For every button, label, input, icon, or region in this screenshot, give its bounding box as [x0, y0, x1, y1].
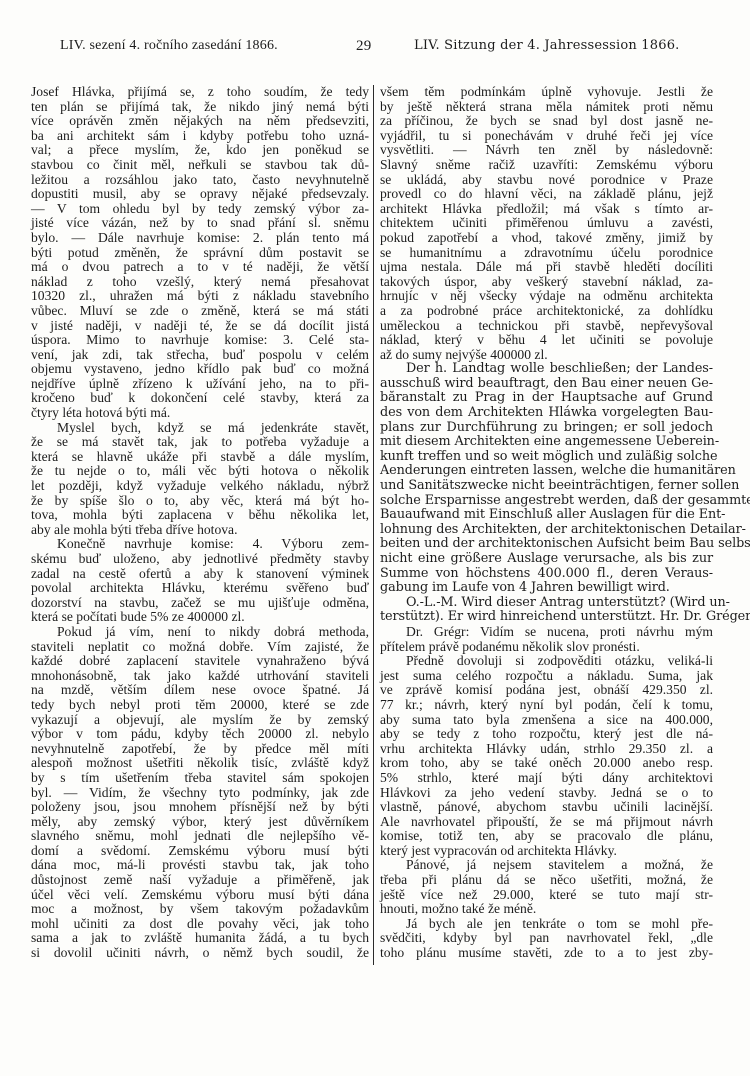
text-line: na mzdě, větším dílem nese ovoce špatné.… — [31, 683, 369, 698]
text-line: která se hlavně ukáže při stavbě a dále … — [31, 450, 369, 465]
left-column-czech: Josef Hlávka, přijímá se, z toho soudím,… — [31, 85, 369, 961]
text-line: des von dem Architekten Hláwka vorgelegt… — [380, 406, 713, 421]
text-line: nicht eine größere Auslage verursache, a… — [380, 552, 713, 567]
text-line: architekt Hlávka předložil; má však s tí… — [380, 202, 713, 217]
text-line: Summe von höchstens 400.000 fl., deren V… — [380, 567, 713, 582]
text-line: mohl učiniti za dost dle povahy věci, ja… — [31, 917, 369, 932]
text-line: ve zprávě komisí podána jest, obnáší 429… — [380, 683, 713, 698]
text-line: komise, totiž ten, aby se pracovalo dle … — [380, 829, 713, 844]
text-line: měly, aby zemský výbor, který jest důvěr… — [31, 815, 369, 830]
text-line: účel věci velí. Zemskému výboru musí být… — [31, 888, 369, 903]
text-line: bylo. — Dále navrhuje komise: 2. plán te… — [31, 231, 369, 246]
text-line: svědčiti, kdyby byl pan navrhovatel řekl… — [380, 931, 713, 946]
text-line: úspora. Mimo to navrhuje komise: 3. Celé… — [31, 333, 369, 348]
text-line: vysvětliti. — Návrh ten zněl by následov… — [380, 143, 713, 158]
text-line: Slavný sněme račiž uzavříti: Zemskému vý… — [380, 158, 713, 173]
text-line: jest suma celého rozpočtu a nákladu. Sum… — [380, 669, 713, 684]
text-line: dopustiti musil, aby se opravy nějaké př… — [31, 187, 369, 202]
text-line: sama a jak to zvláště humanita žádá, a t… — [31, 931, 369, 946]
text-line: ještě více než 29.000, které se tuto maj… — [380, 888, 713, 903]
text-line: băranstalt zu Prag in der Hauptsache auf… — [380, 391, 713, 406]
page-header: LIV. sezení 4. ročního zasedání 1866. 29… — [0, 38, 750, 62]
text-line: kročeno buď k dokončení celé stavby, kte… — [31, 391, 369, 406]
text-line: Pokud já vím, není to nikdy dobrá method… — [31, 625, 369, 640]
text-line: stavbou co činit měl, neřkuli se stavbou… — [31, 158, 369, 173]
text-line: Bauaufwand mit Einschluß aller Auslagen … — [380, 508, 713, 523]
text-line: O.-L.-M. Wird dieser Antrag unterstützt?… — [380, 596, 713, 611]
text-line: Myslel bych, když se má jedenkráte stavě… — [31, 421, 369, 436]
text-line: ba ani architekt sám i kdyby potřebu toh… — [31, 129, 369, 144]
text-line: skému buď uloženo, aby jednotlivé předmě… — [31, 552, 369, 567]
text-line: Předně dovoluji si zodpověditi otázku, v… — [380, 654, 713, 669]
text-line: zadal na cestě ofertů a aby k stanovení … — [31, 567, 369, 582]
text-line: každé dobré zaplacení stavitele vynahraž… — [31, 654, 369, 669]
text-line: 10320 zl., uhražen má býti z nákladu sta… — [31, 289, 369, 304]
text-line: mit diesem Architekten eine angemessene … — [380, 435, 713, 450]
text-line: že by spíše šlo o to, aby věc, která má … — [31, 494, 369, 509]
text-line: že se má stavět tak, jak to potřeba vyža… — [31, 435, 369, 450]
text-line: alespoň možnost ušetřiti několik tisíc, … — [31, 756, 369, 771]
text-line: aby suma tato byla zmenšena a sice na 40… — [380, 713, 713, 728]
text-line: hnouti, možno také že méně. — [380, 902, 713, 917]
text-line: se ukládá, aby stavbu nové porodnice v P… — [380, 173, 713, 188]
text-line: takových úspor, aby veškerý stavební nák… — [380, 275, 713, 290]
text-line: ležitou a rozsáhlou jako tato, často nev… — [31, 173, 369, 188]
text-line: lohnung des Architekten, der architekton… — [380, 523, 713, 538]
text-line: staviteli neplatit co možná dobře. Vím z… — [31, 640, 369, 655]
text-line: plans zur Durchführung zu bringen; er so… — [380, 421, 713, 436]
text-line: který jest vypracován od architekta Hláv… — [380, 844, 713, 859]
header-left-title: LIV. sezení 4. ročního zasedání 1866. — [60, 38, 278, 54]
text-line: si dovolil učiniti návrh, o němž bych so… — [31, 946, 369, 961]
text-line: domí a svědomí. Zemskému výboru musí být… — [31, 844, 369, 859]
text-line: krom toho, aby se také oněch 20.000 aneb… — [380, 756, 713, 771]
text-line: terstützt). Er wird hinreichend unterstü… — [380, 610, 713, 625]
text-line: náklad, který v běhu 4 let učiniti se po… — [380, 333, 713, 348]
text-line: povolal architekta Hlávku, kterému svěře… — [31, 581, 369, 596]
text-line: že tu nejde o to, máli věc býti hotova o… — [31, 464, 369, 479]
text-line: až do sumy nejvýše 400000 zl. — [380, 348, 713, 363]
text-line: která se počítati bude 5% ze 400000 zl. — [31, 610, 369, 625]
text-line: objemu vystaveno, jedno křídlo pak buď c… — [31, 362, 369, 377]
text-line: dána moc, má-li provésti stavbu tak, jak… — [31, 858, 369, 873]
text-line: vení, jak zdi, tak střecha, buď pospolu … — [31, 348, 369, 363]
text-line: let později, když vyžaduje velkého nákla… — [31, 479, 369, 494]
text-line: jisté více vázán, než by to snad přání s… — [31, 216, 369, 231]
text-line: Ale navrhovatel připouští, že se má přij… — [380, 815, 713, 830]
text-line: vůbec. Mluví se zde o změně, která se má… — [31, 304, 369, 319]
text-line: — V tom ohledu byl by tedy zemský výbor … — [31, 202, 369, 217]
text-line: Der h. Landtag wolle beschließen; der La… — [380, 362, 713, 377]
text-line: provedl co do hlavní věci, na základě pl… — [380, 187, 713, 202]
text-line: toho plánu musíme stavěti, zde to a to j… — [380, 946, 713, 961]
text-line: chitektem učiniti přiměřenou úmluvu a za… — [380, 216, 713, 231]
text-line: beiten und der architektonischen Aufsich… — [380, 537, 713, 552]
text-line: moc a možnost, by všem takovým požadavků… — [31, 902, 369, 917]
text-line: solche Ersparnisse angestrebt werden, da… — [380, 494, 713, 509]
text-line: důstojnost země naší vyžaduje a přiměřen… — [31, 873, 369, 888]
text-line: býti potud změněn, že správní dům postav… — [31, 246, 369, 261]
text-line: by ještě některá strana měla námitek pro… — [380, 100, 713, 115]
text-line: val; a přece myslím, že, kdo jen poněkud… — [31, 143, 369, 158]
text-line: Konečně navrhuje komise: 4. Výboru zem- — [31, 537, 369, 552]
text-line: dozorství na stavbu, začež se mu ujišťuj… — [31, 596, 369, 611]
text-line: vrhu architekta Hlávky udán, strhlo 29.3… — [380, 742, 713, 757]
page-number: 29 — [356, 38, 371, 55]
text-line: přítelem právě podanému několik slov pro… — [380, 640, 713, 655]
text-line: čtyry léta hotová býti má. — [31, 406, 369, 421]
text-line: hrnujíc v něj všecky výdaje na odměnu ar… — [380, 289, 713, 304]
text-line: všem těm podmínkám úplně vyhovuje. Jestl… — [380, 85, 713, 100]
text-line: Pánové, já nejsem stavitelem a možná, že — [380, 858, 713, 873]
text-line: Josef Hlávka, přijímá se, z toho soudím,… — [31, 85, 369, 100]
text-line: náklad z toho vzešlý, který nemá přesaho… — [31, 275, 369, 290]
right-column-text: všem těm podmínkám úplně vyhovuje. Jestl… — [380, 85, 713, 961]
text-line: kunft treffen und so weit möglich und zu… — [380, 450, 713, 465]
text-line: a za podrobné práce architektonické, za … — [380, 304, 713, 319]
text-line: v jisté naději, v naději té, že se dá do… — [31, 319, 369, 334]
column-divider — [373, 85, 374, 965]
text-line: mnohonásobně, tak jako každé utrhování s… — [31, 669, 369, 684]
text-line: více oprávěn změn nějakých na něm předse… — [31, 114, 369, 129]
text-line: aby se tedy z toho rozpočtu, který jest … — [380, 727, 713, 742]
text-line: Hlávkovi za jeho vedení stavby. Jedná se… — [380, 786, 713, 801]
header-right-title: LIV. Sitzung der 4. Jahressession 1866. — [414, 38, 680, 53]
text-line: und Sanitätszwecke nicht beeinträchtigen… — [380, 479, 713, 494]
text-line: gabung im Laufe von 4 Jahren bewilligt w… — [380, 581, 713, 596]
text-line: tova, mohla býti zaplacena v běhu několi… — [31, 508, 369, 523]
text-line: nejdříve úplně zřízeno k užívání jeho, n… — [31, 377, 369, 392]
text-line: za příčinou, že bych se snad byl dost ja… — [380, 114, 713, 129]
text-line: položeny jsou, jsou mnohem přísnější než… — [31, 800, 369, 815]
text-line: ten plán se přijímá tak, že nikdo jiný n… — [31, 100, 369, 115]
text-line: se humanitnímu a zdravotnímu účelu porod… — [380, 246, 713, 261]
text-line: nevyhnutelně zapotřebí, že by předce měl… — [31, 742, 369, 757]
text-line: tedy bych nebyl proti těm 20000, které s… — [31, 698, 369, 713]
text-line: ujma nestala. Dále má při stavbě hleděti… — [380, 260, 713, 275]
text-line: třeba při plánu dá se něco ušetřiti, mož… — [380, 873, 713, 888]
text-line: aby ale mohla býti třeba dříve hotova. — [31, 523, 369, 538]
text-line: Já bych ale jen tenkráte o tom se mohl p… — [380, 917, 713, 932]
text-line: výbor v tom pádu, kdyby těch 20000 zl. n… — [31, 727, 369, 742]
text-line: Dr. Grégr: Vidím se nucena, proti návrhu… — [380, 625, 713, 640]
text-line: slavného sněmu, mohl jednati dle nejlepš… — [31, 829, 369, 844]
text-line: by s tím ušetřením třeba stavitel sám sp… — [31, 771, 369, 786]
text-line: byl. — Vidím, že všechny tyto podmínky, … — [31, 786, 369, 801]
text-line: uměleckou a technickou při stavbě, nepře… — [380, 319, 713, 334]
text-line: vyjádřil, tu si ponechávám v druhé řeči … — [380, 129, 713, 144]
text-line: má o dvou patrech a to v té naději, že v… — [31, 260, 369, 275]
text-line: Aenderungen eintreten lassen, welche die… — [380, 464, 713, 479]
text-line: pokud zapotřebí a vhod, takové změny, ji… — [380, 231, 713, 246]
text-line: 5% strhlo, které mají býti dány architek… — [380, 771, 713, 786]
text-line: ausschuß wird beauftragt, den Bau einer … — [380, 377, 713, 392]
text-line: 77 kr.; návrh, který nyní byl podán, čel… — [380, 698, 713, 713]
text-line: vykazují a objevují, ale myslím že by ze… — [31, 713, 369, 728]
text-line: vlastně, pánové, abychom stavbu učinili … — [380, 800, 713, 815]
